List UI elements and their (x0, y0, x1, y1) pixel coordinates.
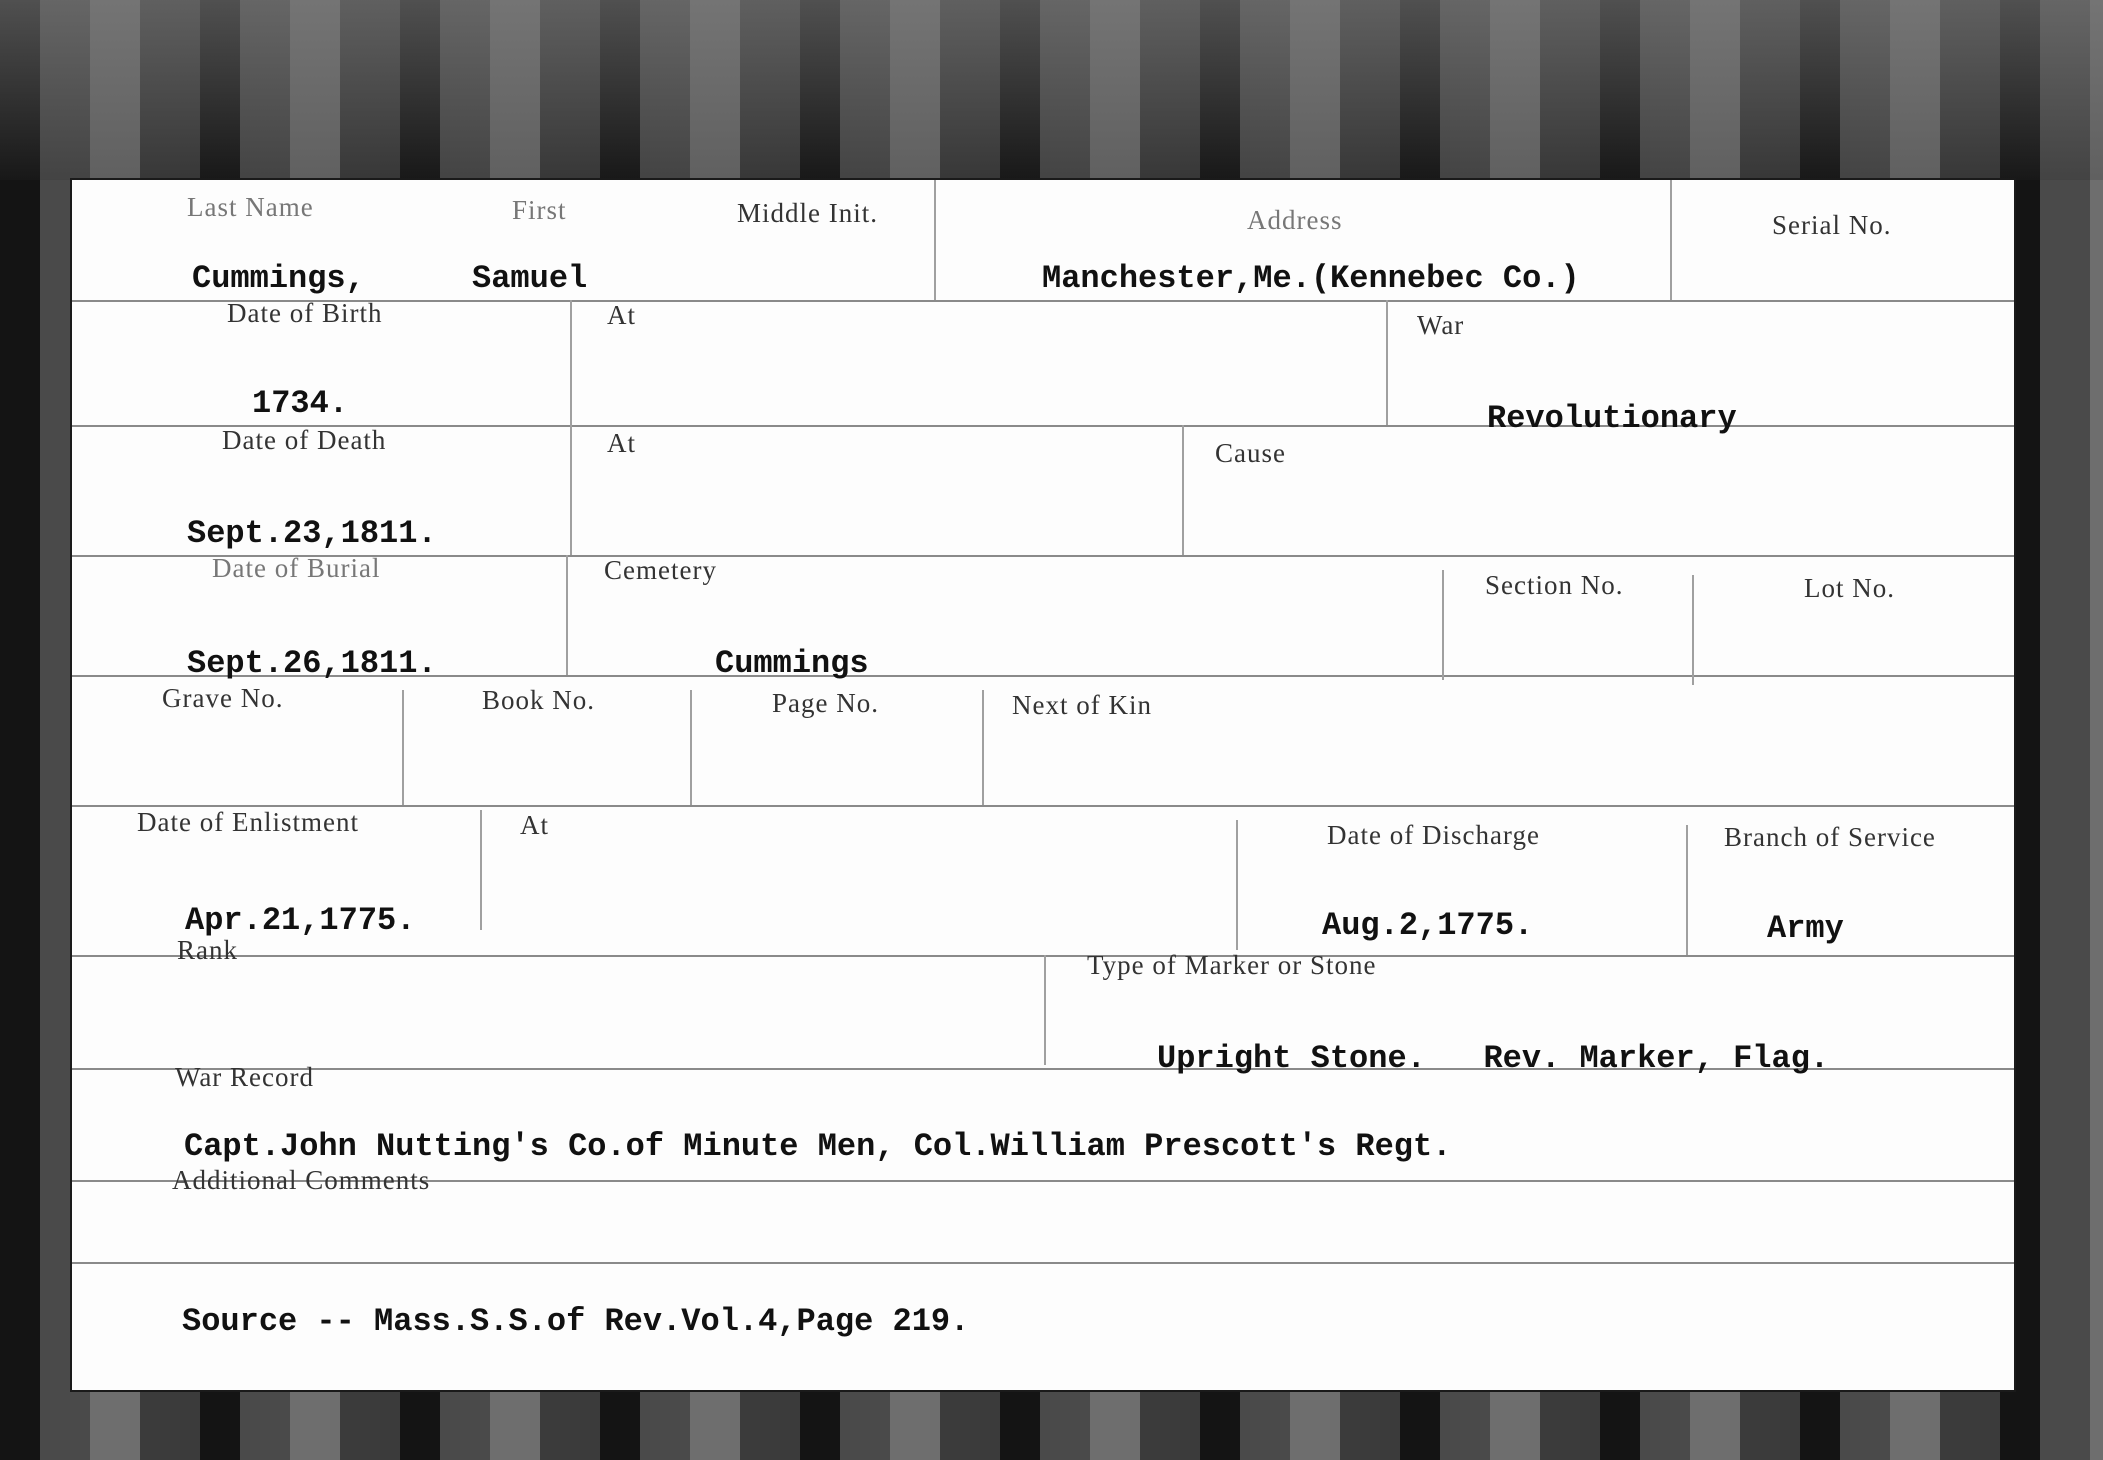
first-name-value: Samuel (472, 260, 587, 297)
date-of-death-value: Sept.23,1811. (187, 515, 437, 552)
col-divider (1686, 825, 1688, 955)
address-value: Manchester,Me.(Kennebec Co.) (1042, 260, 1580, 297)
last-name-value: Cummings, (192, 260, 365, 297)
grave-no-label: Grave No. (162, 683, 283, 714)
scan-background-top (0, 0, 2103, 180)
col-divider (1182, 425, 1184, 555)
col-divider (690, 690, 692, 805)
date-of-burial-value: Sept.26,1811. (187, 645, 437, 682)
col-divider (566, 555, 568, 675)
branch-of-service-value: Army (1767, 910, 1844, 947)
source-line: Source -- Mass.S.S.of Rev.Vol.4,Page 219… (182, 1303, 969, 1340)
col-divider (1236, 820, 1238, 950)
book-no-label: Book No. (482, 685, 595, 716)
enlistment-at-label: At (520, 810, 549, 841)
date-of-enlistment-value: Apr.21,1775. (185, 902, 415, 939)
row-divider (72, 805, 2014, 807)
cemetery-value: Cummings (715, 645, 869, 682)
middle-init-label: Middle Init. (737, 198, 878, 229)
col-divider (1044, 955, 1046, 1065)
date-of-birth-label: Date of Birth (227, 298, 382, 329)
additional-comments-label: Additional Comments (172, 1165, 430, 1196)
col-divider (982, 690, 984, 805)
col-divider (1670, 180, 1672, 300)
col-divider (1692, 575, 1694, 685)
birth-at-label: At (607, 300, 636, 331)
row-divider (72, 1262, 2014, 1264)
branch-of-service-label: Branch of Service (1724, 822, 1936, 853)
marker-type-label: Type of Marker or Stone (1087, 950, 1377, 981)
cemetery-label: Cemetery (604, 555, 717, 586)
col-divider (480, 810, 482, 930)
page-no-label: Page No. (772, 688, 879, 719)
date-of-discharge-value: Aug.2,1775. (1322, 907, 1533, 944)
lot-no-label: Lot No. (1804, 573, 1895, 604)
col-divider (1386, 300, 1388, 425)
col-divider (934, 180, 936, 300)
rank-label: Rank (177, 935, 238, 966)
address-label: Address (1247, 205, 1343, 236)
row-divider (72, 955, 2014, 957)
date-of-enlistment-label: Date of Enlistment (137, 807, 359, 838)
section-no-label: Section No. (1485, 570, 1624, 601)
col-divider (402, 690, 404, 805)
marker-type-value: Upright Stone. Rev. Marker, Flag. (1157, 1040, 1829, 1077)
grave-registration-card: Last Name First Middle Init. Address Ser… (72, 180, 2014, 1390)
date-of-discharge-label: Date of Discharge (1327, 820, 1540, 851)
col-divider (570, 300, 572, 555)
cause-label: Cause (1215, 438, 1286, 469)
date-of-birth-value: 1734. (252, 385, 348, 422)
serial-no-label: Serial No. (1772, 210, 1891, 241)
last-name-label: Last Name (187, 192, 314, 223)
col-divider (1442, 570, 1444, 680)
war-value: Revolutionary (1487, 400, 1737, 437)
first-name-label: First (512, 195, 567, 226)
war-record-label: War Record (175, 1062, 314, 1093)
war-label: War (1417, 310, 1464, 341)
war-record-value: Capt.John Nutting's Co.of Minute Men, Co… (184, 1128, 1451, 1165)
death-at-label: At (607, 428, 636, 459)
date-of-death-label: Date of Death (222, 425, 386, 456)
next-of-kin-label: Next of Kin (1012, 690, 1152, 721)
date-of-burial-label: Date of Burial (212, 553, 380, 584)
